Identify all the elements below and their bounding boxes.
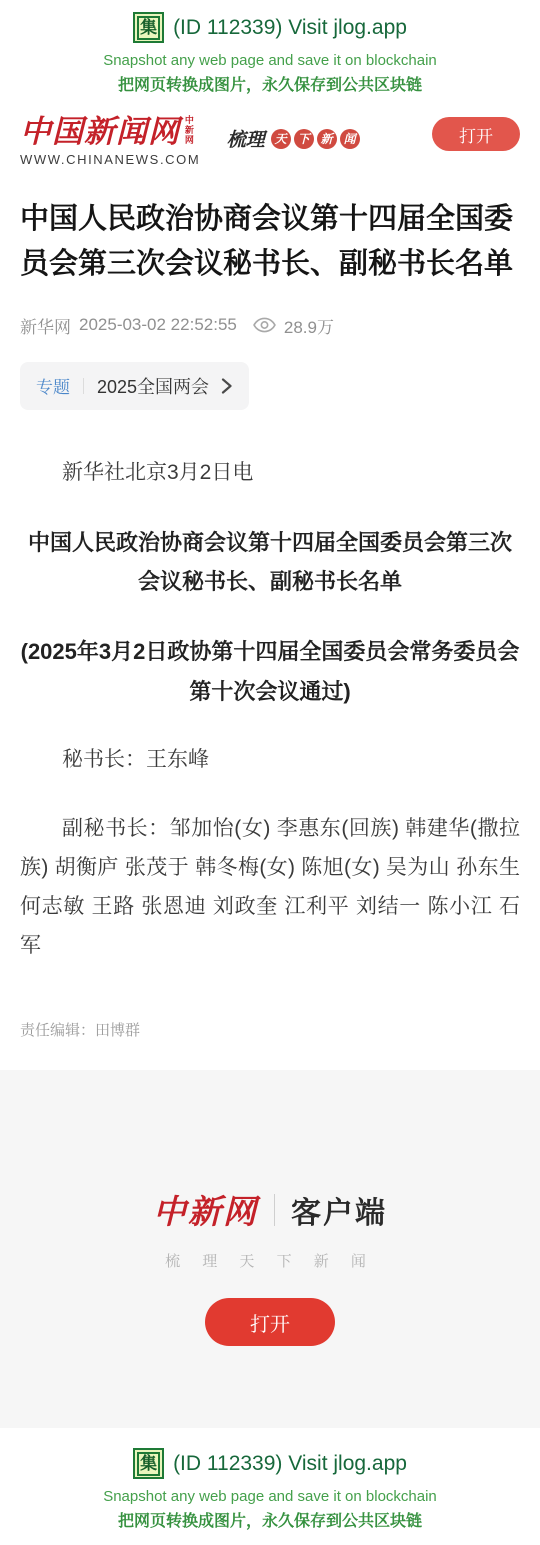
jlog-logo-icon: 集: [133, 12, 164, 43]
topic-chip-name: 2025全国两会: [97, 373, 209, 399]
article-heading-1: 中国人民政治协商会议第十四届全国委员会第三次会议秘书长、副秘书长名单: [20, 523, 520, 602]
jlog-id-link[interactable]: (ID 112339) Visit jlog.app: [173, 1452, 407, 1476]
topic-chip-label: 专题: [36, 373, 70, 398]
banner-tagline-en: Snapshot any web page and save it on blo…: [0, 1488, 540, 1505]
site-header: 中国新闻网 中新网 WWW.CHINANEWS.COM 梳理 天 下 新 闻 打…: [0, 103, 540, 183]
banner-tagline-zh: 把网页转换成图片，永久保存到公共区块链: [0, 1508, 540, 1531]
promo-logo: 中新网 客户端: [0, 1186, 540, 1233]
article-title: 中国人民政治协商会议第十四届全国委员会第三次会议秘书长、副秘书长名单: [20, 197, 520, 287]
slogan-seal-icon: 下: [294, 129, 314, 149]
chinanews-logo-text: 中国新闻网: [20, 115, 180, 149]
snapshot-banner-top: 集 (ID 112339) Visit jlog.app Snapshot an…: [0, 0, 540, 103]
article-heading-2: (2025年3月2日政协第十四届全国委员会常务委员会第十次会议通过): [20, 632, 520, 711]
article-view-count: 28.9万: [284, 313, 334, 338]
promo-logo-client: 客户端: [291, 1188, 387, 1232]
app-promo-footer: 中新网 客户端 梳 理 天 下 新 闻 打开: [0, 1070, 540, 1428]
article-body: 新华社北京3月2日电 中国人民政治协商会议第十四届全国委员会第三次会议秘书长、副…: [20, 454, 520, 965]
slogan-prefix-text: 梳理: [227, 125, 265, 152]
banner-tagline-en: Snapshot any web page and save it on blo…: [0, 52, 540, 69]
banner-tagline-zh: 把网页转换成图片，永久保存到公共区块链: [0, 72, 540, 95]
article-dateline: 新华社北京3月2日电: [20, 454, 520, 493]
jlog-id-link[interactable]: (ID 112339) Visit jlog.app: [173, 16, 407, 40]
promo-logo-divider: [274, 1194, 275, 1226]
header-slogan: 梳理 天 下 新 闻: [227, 125, 360, 152]
article: 中国人民政治协商会议第十四届全国委员会第三次会议秘书长、副秘书长名单 新华网 2…: [0, 197, 540, 1040]
jlog-logo-char: 集: [137, 16, 160, 40]
article-source: 新华网: [20, 313, 71, 338]
article-byline: 新华网 2025-03-02 22:52:55 28.9万: [20, 313, 520, 338]
chinanews-logo-side-text: 中新网: [183, 115, 193, 145]
snapshot-banner-bottom: 集 (ID 112339) Visit jlog.app Snapshot an…: [0, 1436, 540, 1545]
article-deputies-line: 副秘书长：邹加怡(女) 李惠东(回族) 韩建华(撒拉族) 胡衡庐 张茂于 韩冬梅…: [20, 810, 520, 965]
views-eye-icon: [253, 317, 276, 333]
editor-credit: 责任编辑：田博群: [20, 1019, 520, 1040]
article-datetime: 2025-03-02 22:52:55: [79, 315, 237, 335]
promo-logo-chinanews: 中新网: [153, 1186, 258, 1233]
chevron-right-icon: [221, 377, 233, 395]
open-app-button-footer[interactable]: 打开: [205, 1298, 335, 1346]
open-app-button-header[interactable]: 打开: [432, 117, 520, 151]
jlog-logo-char: 集: [137, 1452, 160, 1476]
slogan-seal-icon: 天: [271, 129, 291, 149]
promo-slogan: 梳 理 天 下 新 闻: [0, 1250, 540, 1271]
jlog-logo-icon: 集: [133, 1448, 164, 1479]
slogan-seal-icon: 闻: [340, 129, 360, 149]
article-secretary-line: 秘书长：王东峰: [20, 741, 520, 780]
slogan-seal-icon: 新: [317, 129, 337, 149]
topic-chip-2025-lianghui[interactable]: 专题 2025全国两会: [20, 362, 249, 410]
topic-chip-divider: [83, 378, 84, 394]
chinanews-url: WWW.CHINANEWS.COM: [20, 152, 213, 167]
chinanews-logo[interactable]: 中国新闻网 中新网 WWW.CHINANEWS.COM: [20, 115, 213, 167]
